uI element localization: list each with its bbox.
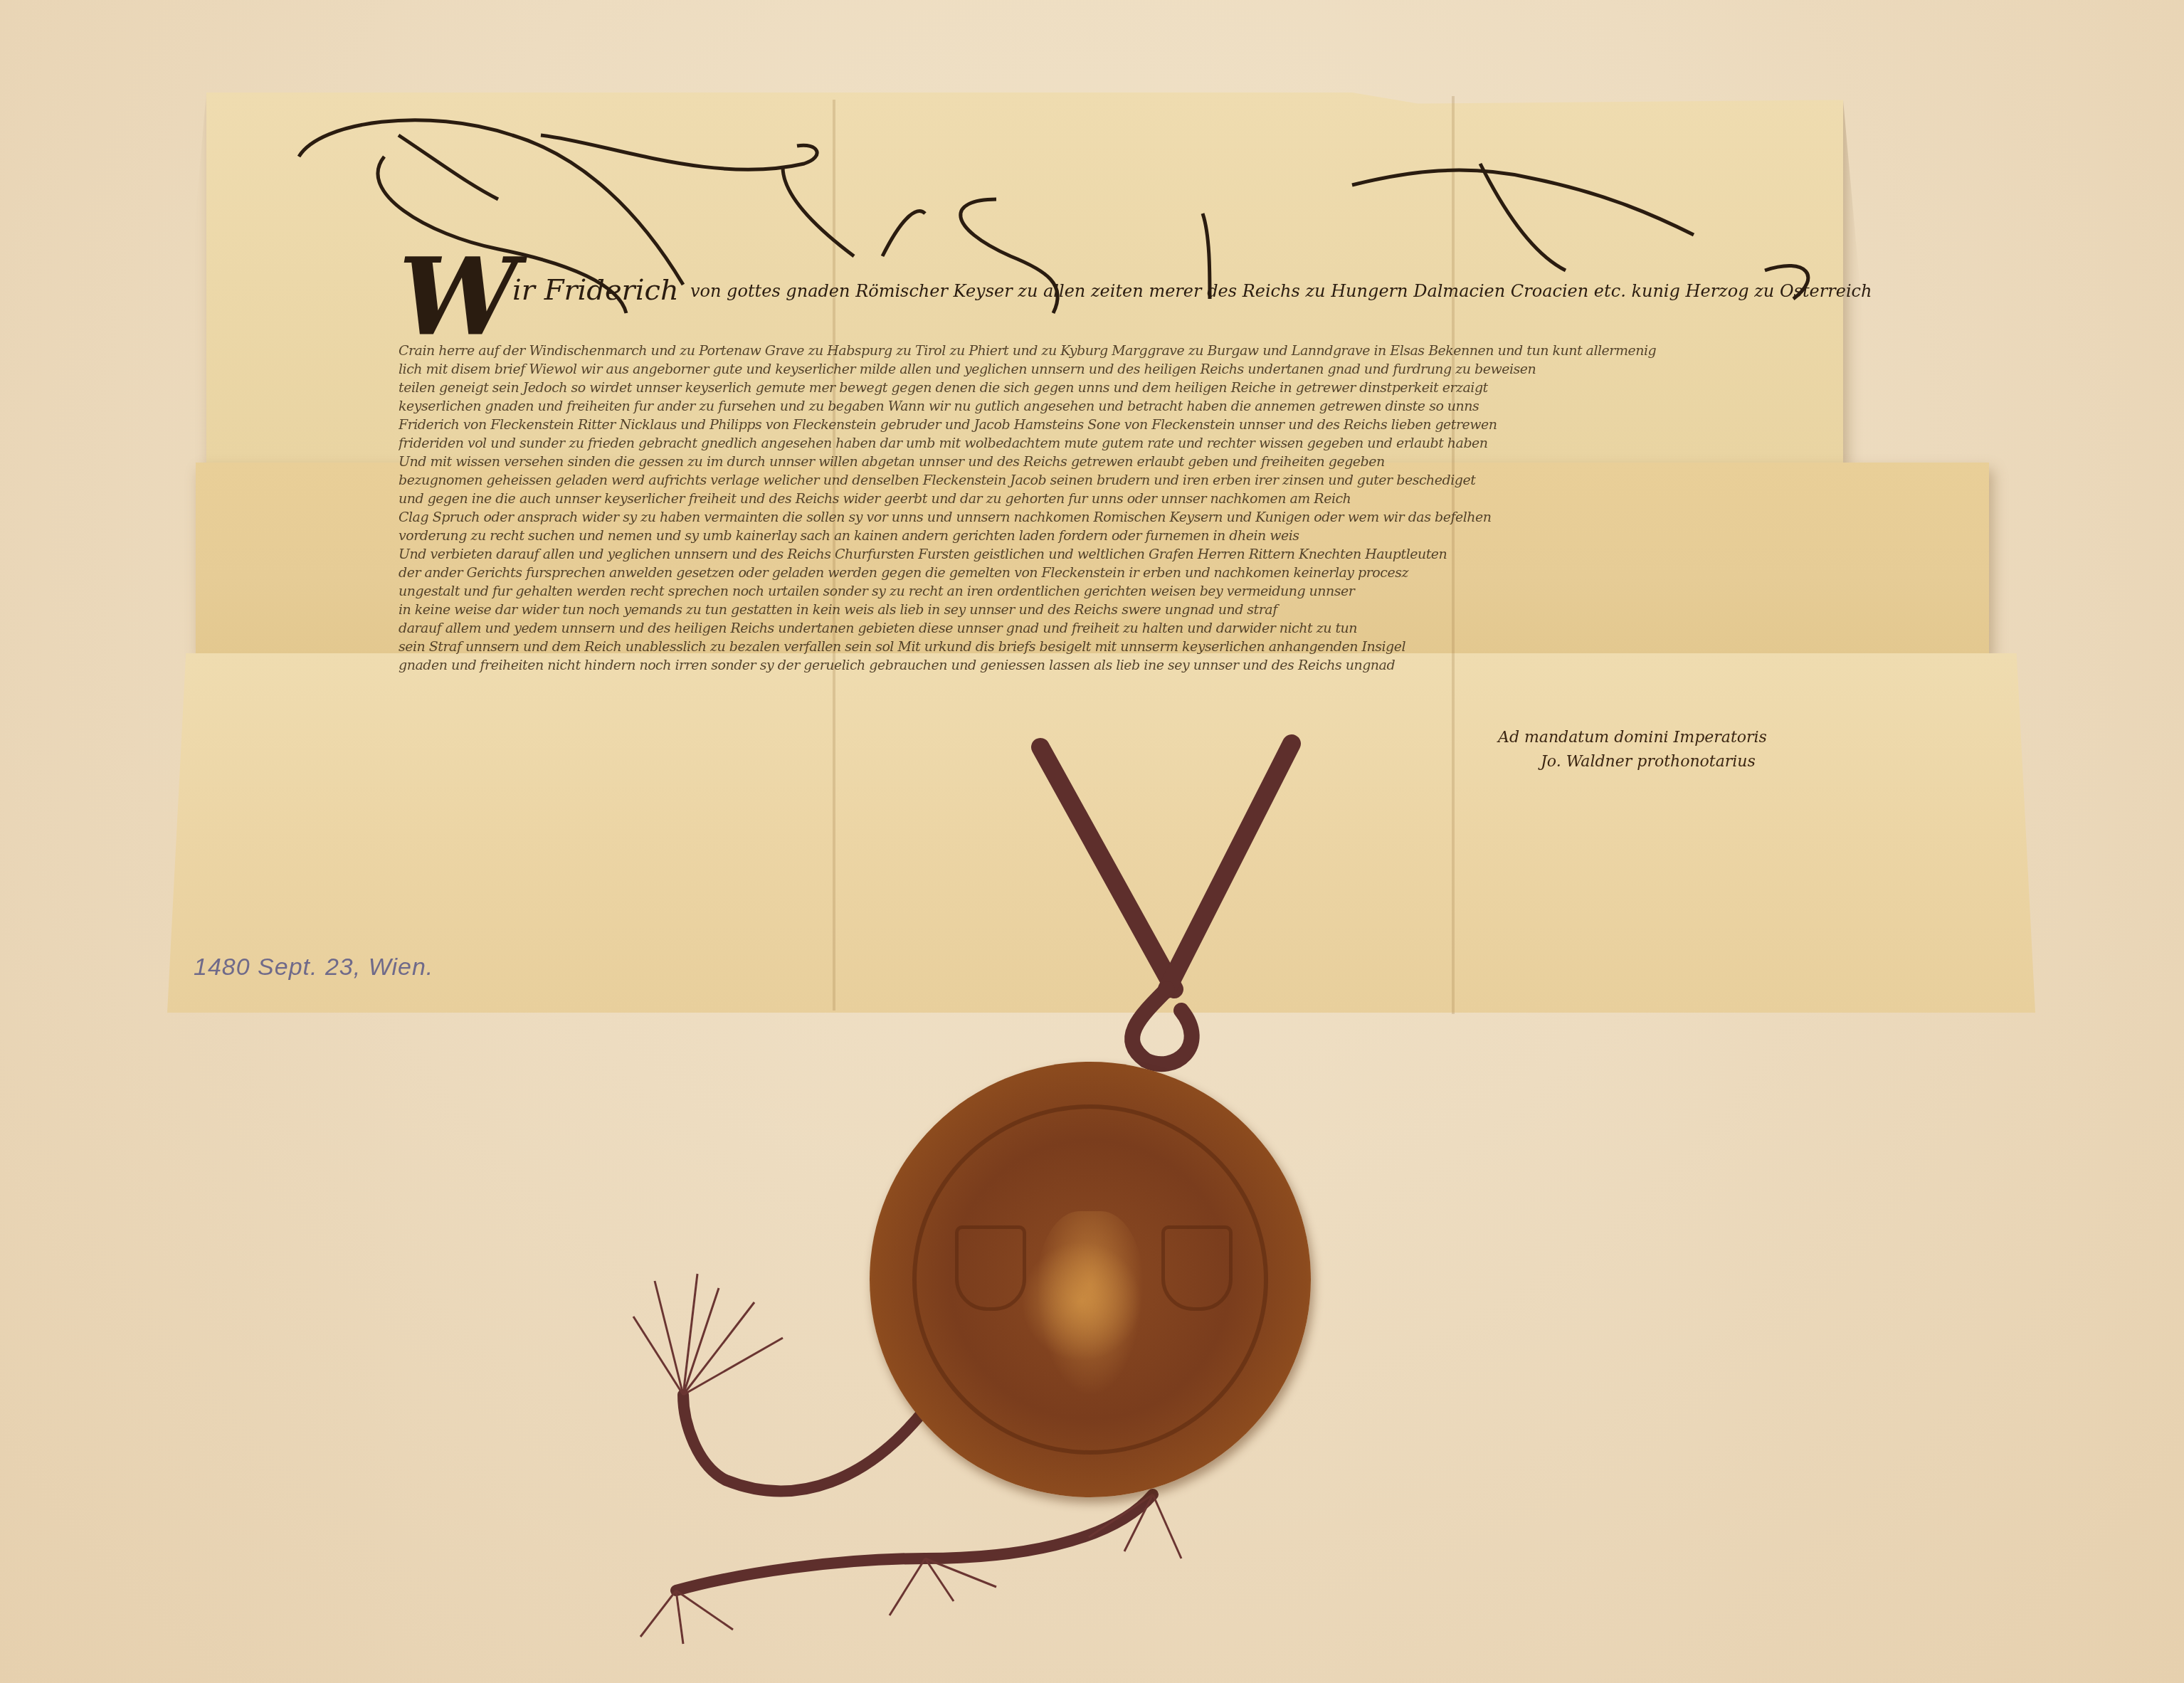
chancery-note-line: Jo. Waldner prothonotarius (1498, 750, 1767, 774)
heraldic-shield-icon (1161, 1225, 1233, 1311)
intitulatio-line: von gottes gnaden Römischer Keyser zu al… (690, 281, 1872, 301)
text-line: vorderung zu recht suchen und nemen und … (399, 527, 1921, 545)
text-line: und gegen ine die auch unnser keyserlich… (399, 490, 1921, 508)
text-line: bezugnomen geheissen geladen werd aufric… (399, 471, 1921, 490)
text-line: teilen geneigt sein Jedoch so wirdet unn… (399, 379, 1921, 397)
enthroned-emperor-figure-icon (1037, 1211, 1144, 1396)
text-line: in keine weise dar wider tun noch yemand… (399, 601, 1921, 619)
text-line: Clag Spruch oder ansprach wider sy zu ha… (399, 508, 1921, 527)
text-line: sein Straf unnsern und dem Reich unables… (399, 638, 1921, 656)
chancery-note: Ad mandatum domini Imperatoris Jo. Waldn… (1498, 726, 1767, 774)
text-line: keyserlichen gnaden und freiheiten fur a… (399, 397, 1921, 416)
photograph-scene: W ir Friderich von gottes gnaden Römisch… (0, 0, 2184, 1683)
charter-document: W ir Friderich von gottes gnaden Römisch… (0, 0, 2184, 1025)
text-line: Und verbieten darauf allen und yeglichen… (399, 545, 1921, 564)
text-line: Crain herre auf der Windischenmarch und … (399, 342, 1921, 360)
text-line: gnaden und freiheiten nicht hindern noch… (399, 656, 1921, 675)
text-line: lich mit disem brief Wiewol wir aus ange… (399, 360, 1921, 379)
text-line: frideriden vol und sunder zu frieden geb… (399, 434, 1921, 453)
charter-body-text: Crain herre auf der Windischenmarch und … (399, 342, 1921, 676)
text-line: darauf allem und yedem unnsern und des h… (399, 619, 1921, 638)
opening-words: ir Friderich (512, 274, 679, 307)
chancery-note-line: Ad mandatum domini Imperatoris (1498, 726, 1767, 750)
text-line: der ander Gerichts fursprechen anwelden … (399, 564, 1921, 582)
text-line: Friderich von Fleckenstein Ritter Nickla… (399, 416, 1921, 434)
heraldic-shield-icon (955, 1225, 1026, 1311)
text-line: Und mit wissen versehen sinden die gesse… (399, 453, 1921, 471)
wax-seal (870, 1062, 1311, 1497)
text-line: ungestalt und fur gehalten werden recht … (399, 582, 1921, 601)
parchment-bottom-fold (167, 653, 2035, 1013)
archive-pencil-note: 1480 Sept. 23, Wien. (194, 954, 433, 981)
